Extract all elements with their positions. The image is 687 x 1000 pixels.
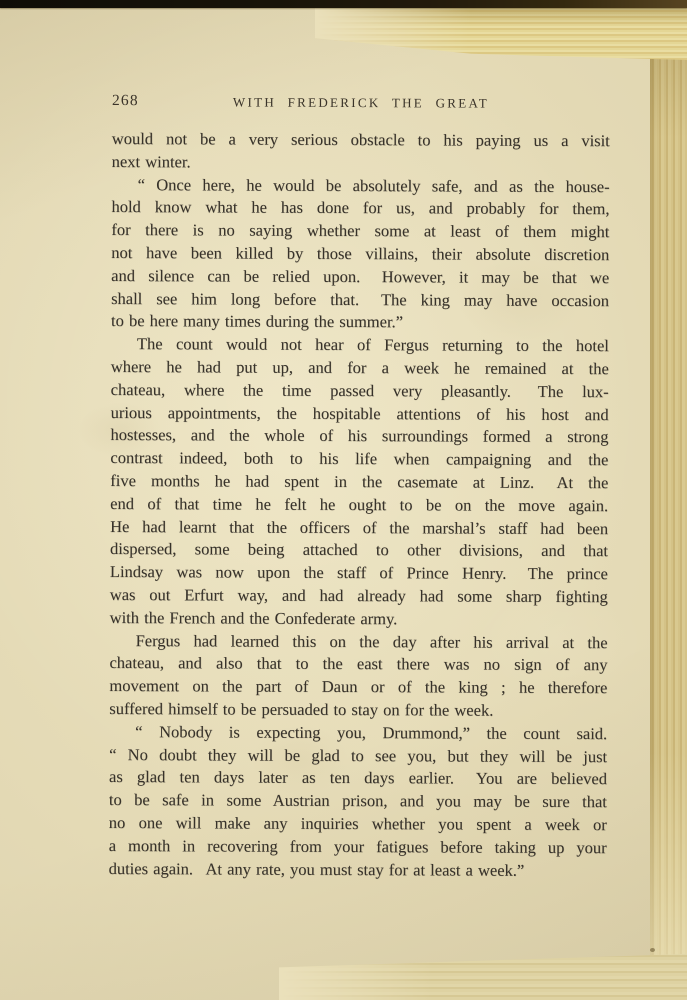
text-line: “ Nobody is expecting you, Drummond,” th… [109,721,607,746]
text-line: to be safe in some Austrian prison, and … [109,789,607,814]
book-page-edges-top-right [315,8,687,60]
text-line: urious appointments, the hospitable atte… [111,402,609,427]
text-line: was out Erfurt way, and had already had … [110,584,608,609]
text-line: Lindsay was now upon the staff of Prince… [110,561,608,586]
text-line: suffered himself to be persuaded to stay… [109,698,607,723]
paragraph: “ Once here, he would be absolutely safe… [111,174,610,336]
text-line: a month in recovering from your fatigues… [109,835,607,860]
text-line: movement on the part of Daun or of the k… [109,675,607,700]
text-line: with the French and the Confederate army… [110,607,608,632]
text-line: next winter. [112,151,610,176]
text-line: would not be a very serious obstacle to … [112,128,610,153]
text-line: dispersed, some being attached to other … [110,538,608,563]
book-edge-top-shadow [0,0,687,8]
text-line: end of that time he felt he ought to be … [110,493,608,518]
text-block: would not be a very serious obstacle to … [109,128,610,882]
text-line: where he had put up, and for a week he r… [111,356,609,381]
running-title: WITH FREDERICK THE GREAT [112,94,610,112]
paragraph: would not be a very serious obstacle to … [112,128,610,176]
text-line: He had learnt that the officers of the m… [110,516,608,541]
text-line: shall see him long before that. The king… [111,288,609,313]
text-line: and silence can be relied upon. However,… [111,265,609,290]
text-line: hostesses, and the whole of his surround… [110,424,608,449]
book-page-scan: 268 WITH FREDERICK THE GREAT would not b… [0,0,687,1000]
text-line: duties again. At any rate, you must stay… [109,857,607,882]
paragraph: The count would not hear of Fergus retur… [110,333,609,632]
text-line: hold know what he has done for us, and p… [111,196,609,221]
text-line: as glad ten days later as ten days earli… [109,766,607,791]
text-line: “ Once here, he would be absolutely safe… [112,174,610,199]
text-line: contrast indeed, both to his life when c… [110,447,608,472]
text-line: for there is no saying whether some at l… [111,219,609,244]
text-line: “ No doubt they will be glad to see you,… [109,744,607,769]
text-line: chateau, where the time passed very plea… [111,379,609,404]
book-page-edges-right [650,8,687,1000]
text-line: Fergus had learned this on the day after… [110,630,608,655]
page-content: 268 WITH FREDERICK THE GREAT would not b… [109,92,610,882]
paragraph: Fergus had learned this on the day after… [109,630,607,723]
text-line: no one will make any inquiries whether y… [109,812,607,837]
text-line: The count would not hear of Fergus retur… [111,333,609,358]
running-header: 268 WITH FREDERICK THE GREAT [112,92,610,112]
book-page-edges-bottom-right [279,952,687,1000]
paragraph: “ Nobody is expecting you, Drummond,” th… [109,721,608,883]
paper-speck [650,948,655,952]
text-line: five months he had spent in the casemate… [110,470,608,495]
text-line: to be here many times during the summer.… [111,310,609,335]
text-line: chateau, and also that to the east there… [109,652,607,677]
text-line: not have been killed by those villains, … [111,242,609,267]
